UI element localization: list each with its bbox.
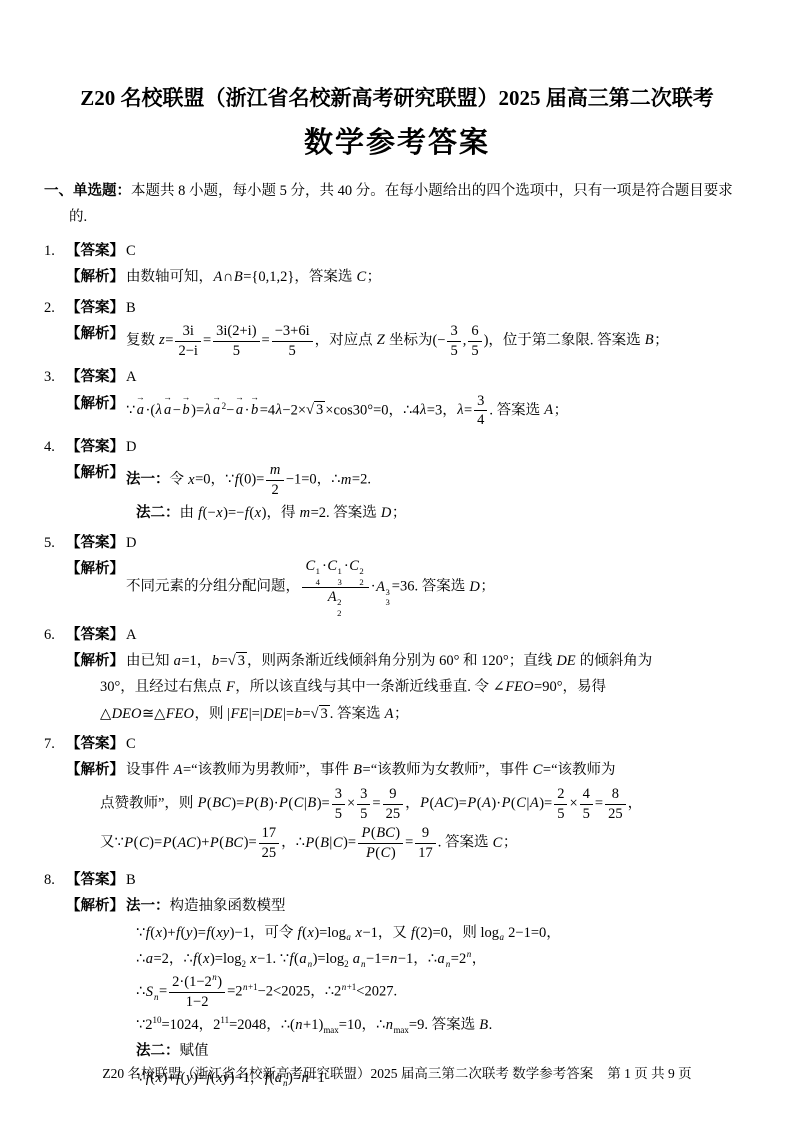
analysis-label: 【解析】	[66, 649, 124, 674]
answer-value: B	[124, 872, 136, 888]
page-footer: Z20 名校联盟（浙江省名校新高考研究联盟）2025 届高三第二次联考 数学参考…	[0, 1062, 794, 1082]
question-5: 5.【答案】D【解析】不同元素的分组分配问题，C14·C13·C22A22·A3…	[44, 530, 750, 618]
question-7: 7.【答案】C【解析】设事件 A=“该教师为男教师”，事件 B=“该教师为女教师…	[44, 731, 750, 863]
answer-label: 【答案】	[66, 300, 124, 316]
answer-value: D	[124, 439, 136, 455]
section-intro-text: 本题共 8 小题，每小题 5 分，共 40 分。在每小题给出的四个选项中，只有一…	[69, 183, 733, 225]
page: Z20 名校联盟（浙江省名校新高考研究联盟）2025 届高三第二次联考 数学参考…	[0, 0, 794, 1122]
solution-line: 【解析】复数 z=3i2−i=3i(2+i)5=−3+6i5，对应点 Z 坐标为…	[44, 322, 750, 361]
answer-row: 1.【答案】C	[44, 238, 750, 264]
solution-line: 【解析】不同元素的分组分配问题，C14·C13·C22A22·A33=36. 答…	[44, 557, 750, 618]
question-8: 8.【答案】B【解析】法一：构造抽象函数模型∵f(x)+f(y)=f(xy)−1…	[44, 867, 750, 1091]
analysis-label: 【解析】	[66, 894, 124, 919]
solution-line: 点赞教师”，则 P(BC)=P(B)·P(C|B)=35×35=925，P(AC…	[44, 785, 750, 824]
answer-value: D	[124, 535, 136, 551]
answer-row: 3.【答案】A	[44, 364, 750, 390]
answer-label: 【答案】	[66, 369, 124, 385]
answer-label: 【答案】	[66, 243, 124, 259]
section-heading: 一、单选题：	[44, 183, 131, 199]
footer-page-number: 第 1 页 共 9 页	[593, 1066, 691, 1081]
question-4: 4.【答案】D【解析】法一：令 x=0，∵f(0)=m2−1=0，∴m=2.法二…	[44, 434, 750, 526]
analysis-label: 【解析】	[66, 265, 124, 290]
question-number: 3.	[44, 364, 55, 390]
solution-line: △DEO≅△FEO，则 |FE|=|DE|=b=√3. 答案选 A；	[44, 702, 750, 727]
analysis-label: 【解析】	[66, 461, 124, 486]
questions-list: 1.【答案】C【解析】由数轴可知，A∩B={0,1,2}，答案选 C；2.【答案…	[44, 238, 750, 1091]
question-6: 6.【答案】A【解析】由已知 a=1，b=√3，则两条渐近线倾斜角分别为 60°…	[44, 622, 750, 727]
answer-label: 【答案】	[66, 736, 124, 752]
question-number: 8.	[44, 867, 55, 893]
solution-line: 【解析】∵a·(λa−b)=λa2−a·b=4λ−2×√3×cos30°=0，∴…	[44, 392, 750, 431]
exam-title: Z20 名校联盟（浙江省名校新高考研究联盟）2025 届高三第二次联考	[44, 84, 750, 113]
answer-label: 【答案】	[66, 439, 124, 455]
question-number: 2.	[44, 295, 55, 321]
solution-line: 法二：由 f(−x)=−f(x)，得 m=2. 答案选 D；	[44, 501, 750, 526]
solution-line: 【解析】法一：构造抽象函数模型	[44, 894, 750, 919]
solution-line: 法二：赋值	[44, 1039, 750, 1064]
answer-row: 5.【答案】D	[44, 530, 750, 556]
analysis-label: 【解析】	[66, 322, 124, 347]
solution-line: ∵f(x)+f(y)=f(xy)−1，可令 f(x)=loga x−1，又 f(…	[44, 921, 750, 946]
question-number: 4.	[44, 434, 55, 460]
doc-title: 数学参考答案	[44, 123, 750, 164]
solution-line: ∵210=1024，211=2048，∴(n+1)max=10，∴nmax=9.…	[44, 1013, 750, 1038]
answer-value: A	[124, 627, 136, 643]
footer-title: Z20 名校联盟（浙江省名校新高考研究联盟）2025 届高三第二次联考 数学参考…	[102, 1066, 593, 1081]
answer-label: 【答案】	[66, 627, 124, 643]
analysis-label: 【解析】	[66, 392, 124, 417]
solution-line: 【解析】由已知 a=1，b=√3，则两条渐近线倾斜角分别为 60° 和 120°…	[44, 649, 750, 674]
analysis-label: 【解析】	[66, 758, 124, 783]
answer-value: C	[124, 243, 136, 259]
solution-line: 【解析】设事件 A=“该教师为男教师”，事件 B=“该教师为女教师”，事件 C=…	[44, 758, 750, 783]
solution-line: ∴a=2，∴f(x)=log2 x−1. ∵f(an)=log2 an−1=n−…	[44, 947, 750, 972]
answer-label: 【答案】	[66, 535, 124, 551]
question-1: 1.【答案】C【解析】由数轴可知，A∩B={0,1,2}，答案选 C；	[44, 238, 750, 290]
answer-value: A	[124, 369, 136, 385]
question-number: 6.	[44, 622, 55, 648]
question-number: 5.	[44, 530, 55, 556]
answer-row: 8.【答案】B	[44, 867, 750, 893]
answer-label: 【答案】	[66, 872, 124, 888]
question-3: 3.【答案】A【解析】∵a·(λa−b)=λa2−a·b=4λ−2×√3×cos…	[44, 364, 750, 430]
question-number: 1.	[44, 238, 55, 264]
solution-line: 【解析】由数轴可知，A∩B={0,1,2}，答案选 C；	[44, 265, 750, 290]
answer-row: 2.【答案】B	[44, 295, 750, 321]
answer-row: 4.【答案】D	[44, 434, 750, 460]
solution-line: ∴Sn=2·(1−2n)1−2=2n+1−2<2025，∴2n+1<2027.	[44, 973, 750, 1012]
solution-line: 30°，且经过右焦点 F，所以该直线与其中一条渐近线垂直. 令 ∠FEO=90°…	[44, 675, 750, 700]
solution-line: 【解析】法一：令 x=0，∵f(0)=m2−1=0，∴m=2.	[44, 461, 750, 500]
analysis-label: 【解析】	[66, 557, 124, 582]
answer-row: 7.【答案】C	[44, 731, 750, 757]
answer-value: C	[124, 736, 136, 752]
question-number: 7.	[44, 731, 55, 757]
question-2: 2.【答案】B【解析】复数 z=3i2−i=3i(2+i)5=−3+6i5，对应…	[44, 295, 750, 361]
solution-line: 又∵P(C)=P(AC)+P(BC)=1725，∴P(B|C)=P(BC)P(C…	[44, 824, 750, 863]
answer-value: B	[124, 300, 136, 316]
answer-row: 6.【答案】A	[44, 622, 750, 648]
section-intro: 一、单选题：本题共 8 小题，每小题 5 分，共 40 分。在每小题给出的四个选…	[44, 178, 750, 230]
